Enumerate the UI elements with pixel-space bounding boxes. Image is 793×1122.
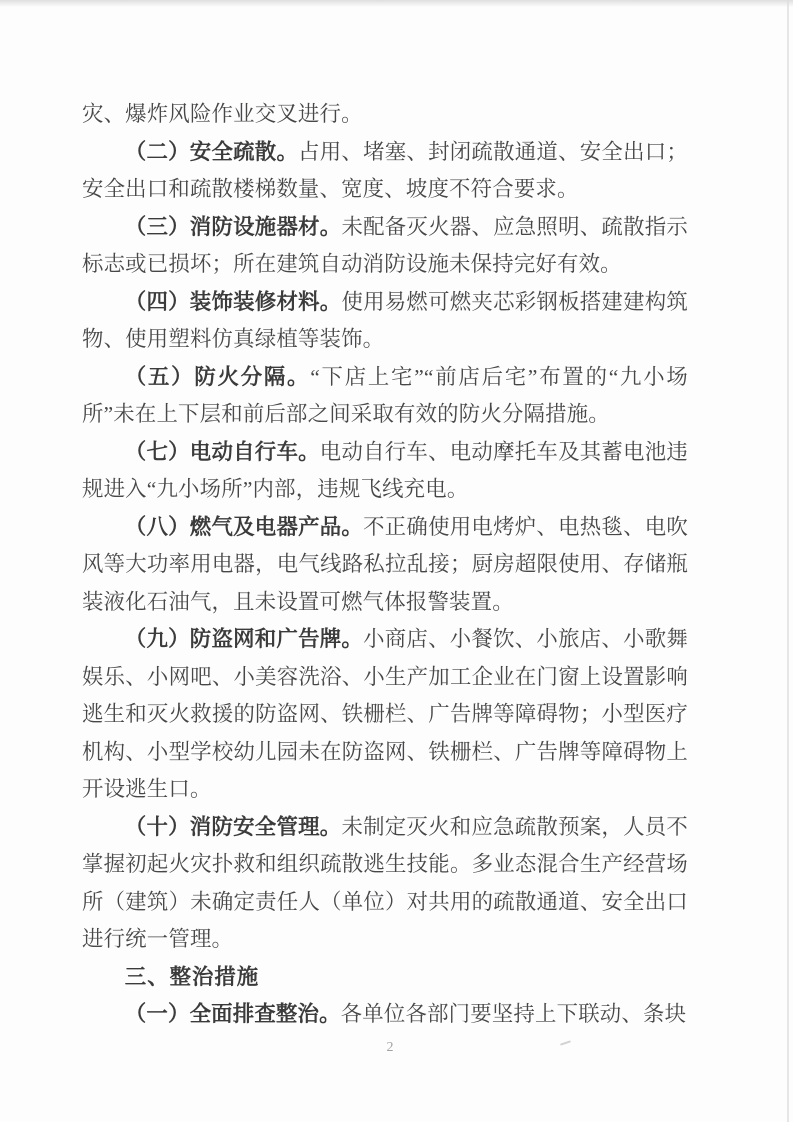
paragraph-text: 灾、爆炸风险作业交叉进行。: [82, 102, 363, 126]
paragraph-item-5: （五）防火分隔。“下店上宅”“前店后宅”布置的“九小场所”未在上下层和前后部之间…: [82, 359, 688, 434]
paragraph-item-4: （四）装饰装修材料。使用易燃可燃夹芯彩钢板搭建建构筑物、使用塑料仿真绿植等装饰。: [82, 284, 688, 359]
paragraph-item-7: （七）电动自行车。电动自行车、电动摩托车及其蓄电池违规进入“九小场所”内部，违规…: [82, 434, 688, 509]
paragraph-heading: （四）装饰装修材料。: [125, 290, 342, 314]
document-body: 灾、爆炸风险作业交叉进行。 （二）安全疏散。占用、堵塞、封闭疏散通道、安全出口；…: [82, 96, 688, 1034]
paragraph-item-8: （八）燃气及电器产品。不正确使用电烤炉、电热毯、电吹风等大功率用电器，电气线路私…: [82, 509, 688, 622]
paragraph-heading: （八）燃气及电器产品。: [125, 515, 363, 539]
paragraph-heading: （三）消防设施器材。: [125, 215, 342, 239]
paragraph-text: 小商店、小餐饮、小旅店、小歌舞娱乐、小网吧、小美容洗浴、小生产加工企业在门窗上设…: [82, 627, 688, 801]
paragraph-heading: （五）防火分隔。: [125, 365, 310, 389]
scan-edge-top-artifact: [0, 0, 793, 7]
section-heading: 三、整治措施: [82, 959, 688, 997]
paragraph-heading: （七）电动自行车。: [125, 440, 320, 464]
page-number: 2: [0, 1040, 780, 1056]
paragraph-heading: （一）全面排查整治。: [125, 1002, 341, 1026]
document-page: 灾、爆炸风险作业交叉进行。 （二）安全疏散。占用、堵塞、封闭疏散通道、安全出口；…: [0, 0, 793, 1122]
closing-paragraph: （一）全面排查整治。各单位各部门要坚持上下联动、条块: [82, 996, 688, 1034]
paragraph-heading: （九）防盗网和广告牌。: [125, 627, 363, 651]
paragraph-item-9: （九）防盗网和广告牌。小商店、小餐饮、小旅店、小歌舞娱乐、小网吧、小美容洗浴、小…: [82, 621, 688, 809]
section-heading-text: 三、整治措施: [125, 965, 259, 989]
paragraph-heading: （二）安全疏散。: [125, 140, 298, 164]
paragraph-item-10: （十）消防安全管理。未制定灭火和应急疏散预案，人员不掌握初起火灾扑救和组织疏散逃…: [82, 809, 688, 959]
continuation-paragraph: 灾、爆炸风险作业交叉进行。: [82, 96, 688, 134]
scan-edge-right-artifact: [787, 0, 789, 1122]
paragraph-text: 各单位各部门要坚持上下联动、条块: [341, 1002, 686, 1026]
paragraph-item-2: （二）安全疏散。占用、堵塞、封闭疏散通道、安全出口；安全出口和疏散楼梯数量、宽度…: [82, 134, 688, 209]
paragraph-item-3: （三）消防设施器材。未配备灭火器、应急照明、疏散指示标志或已损坏；所在建筑自动消…: [82, 209, 688, 284]
paragraph-heading: （十）消防安全管理。: [125, 815, 342, 839]
